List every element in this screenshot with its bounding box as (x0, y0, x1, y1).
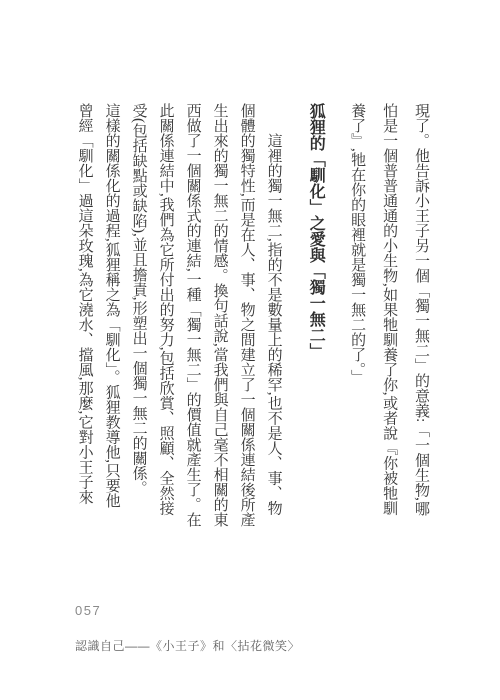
vertical-text-block: 現了。他告訴小王子另一個「獨一無二」的意義:「一個生物,哪怕是一個普普通通的小生… (71, 103, 436, 541)
running-title: 認識自己——《小王子》和〈拈花微笑〉 (75, 637, 300, 654)
body-paragraph: 這裡的獨一無二,指的不是數量上的稀罕,也不是人、事、物個體的獨特性,而是在人、事… (71, 103, 287, 541)
quote-continuation-paragraph: 現了。他告訴小王子另一個「獨一無二」的意義:「一個生物,哪怕是一個普普通通的小生… (340, 103, 436, 541)
section-heading: 狐狸的「馴化」之愛與「獨一無二」 (307, 103, 325, 541)
book-page: 現了。他告訴小王子另一個「獨一無二」的意義:「一個生物,哪怕是一個普普通通的小生… (0, 0, 500, 700)
page-number: 057 (75, 603, 101, 618)
